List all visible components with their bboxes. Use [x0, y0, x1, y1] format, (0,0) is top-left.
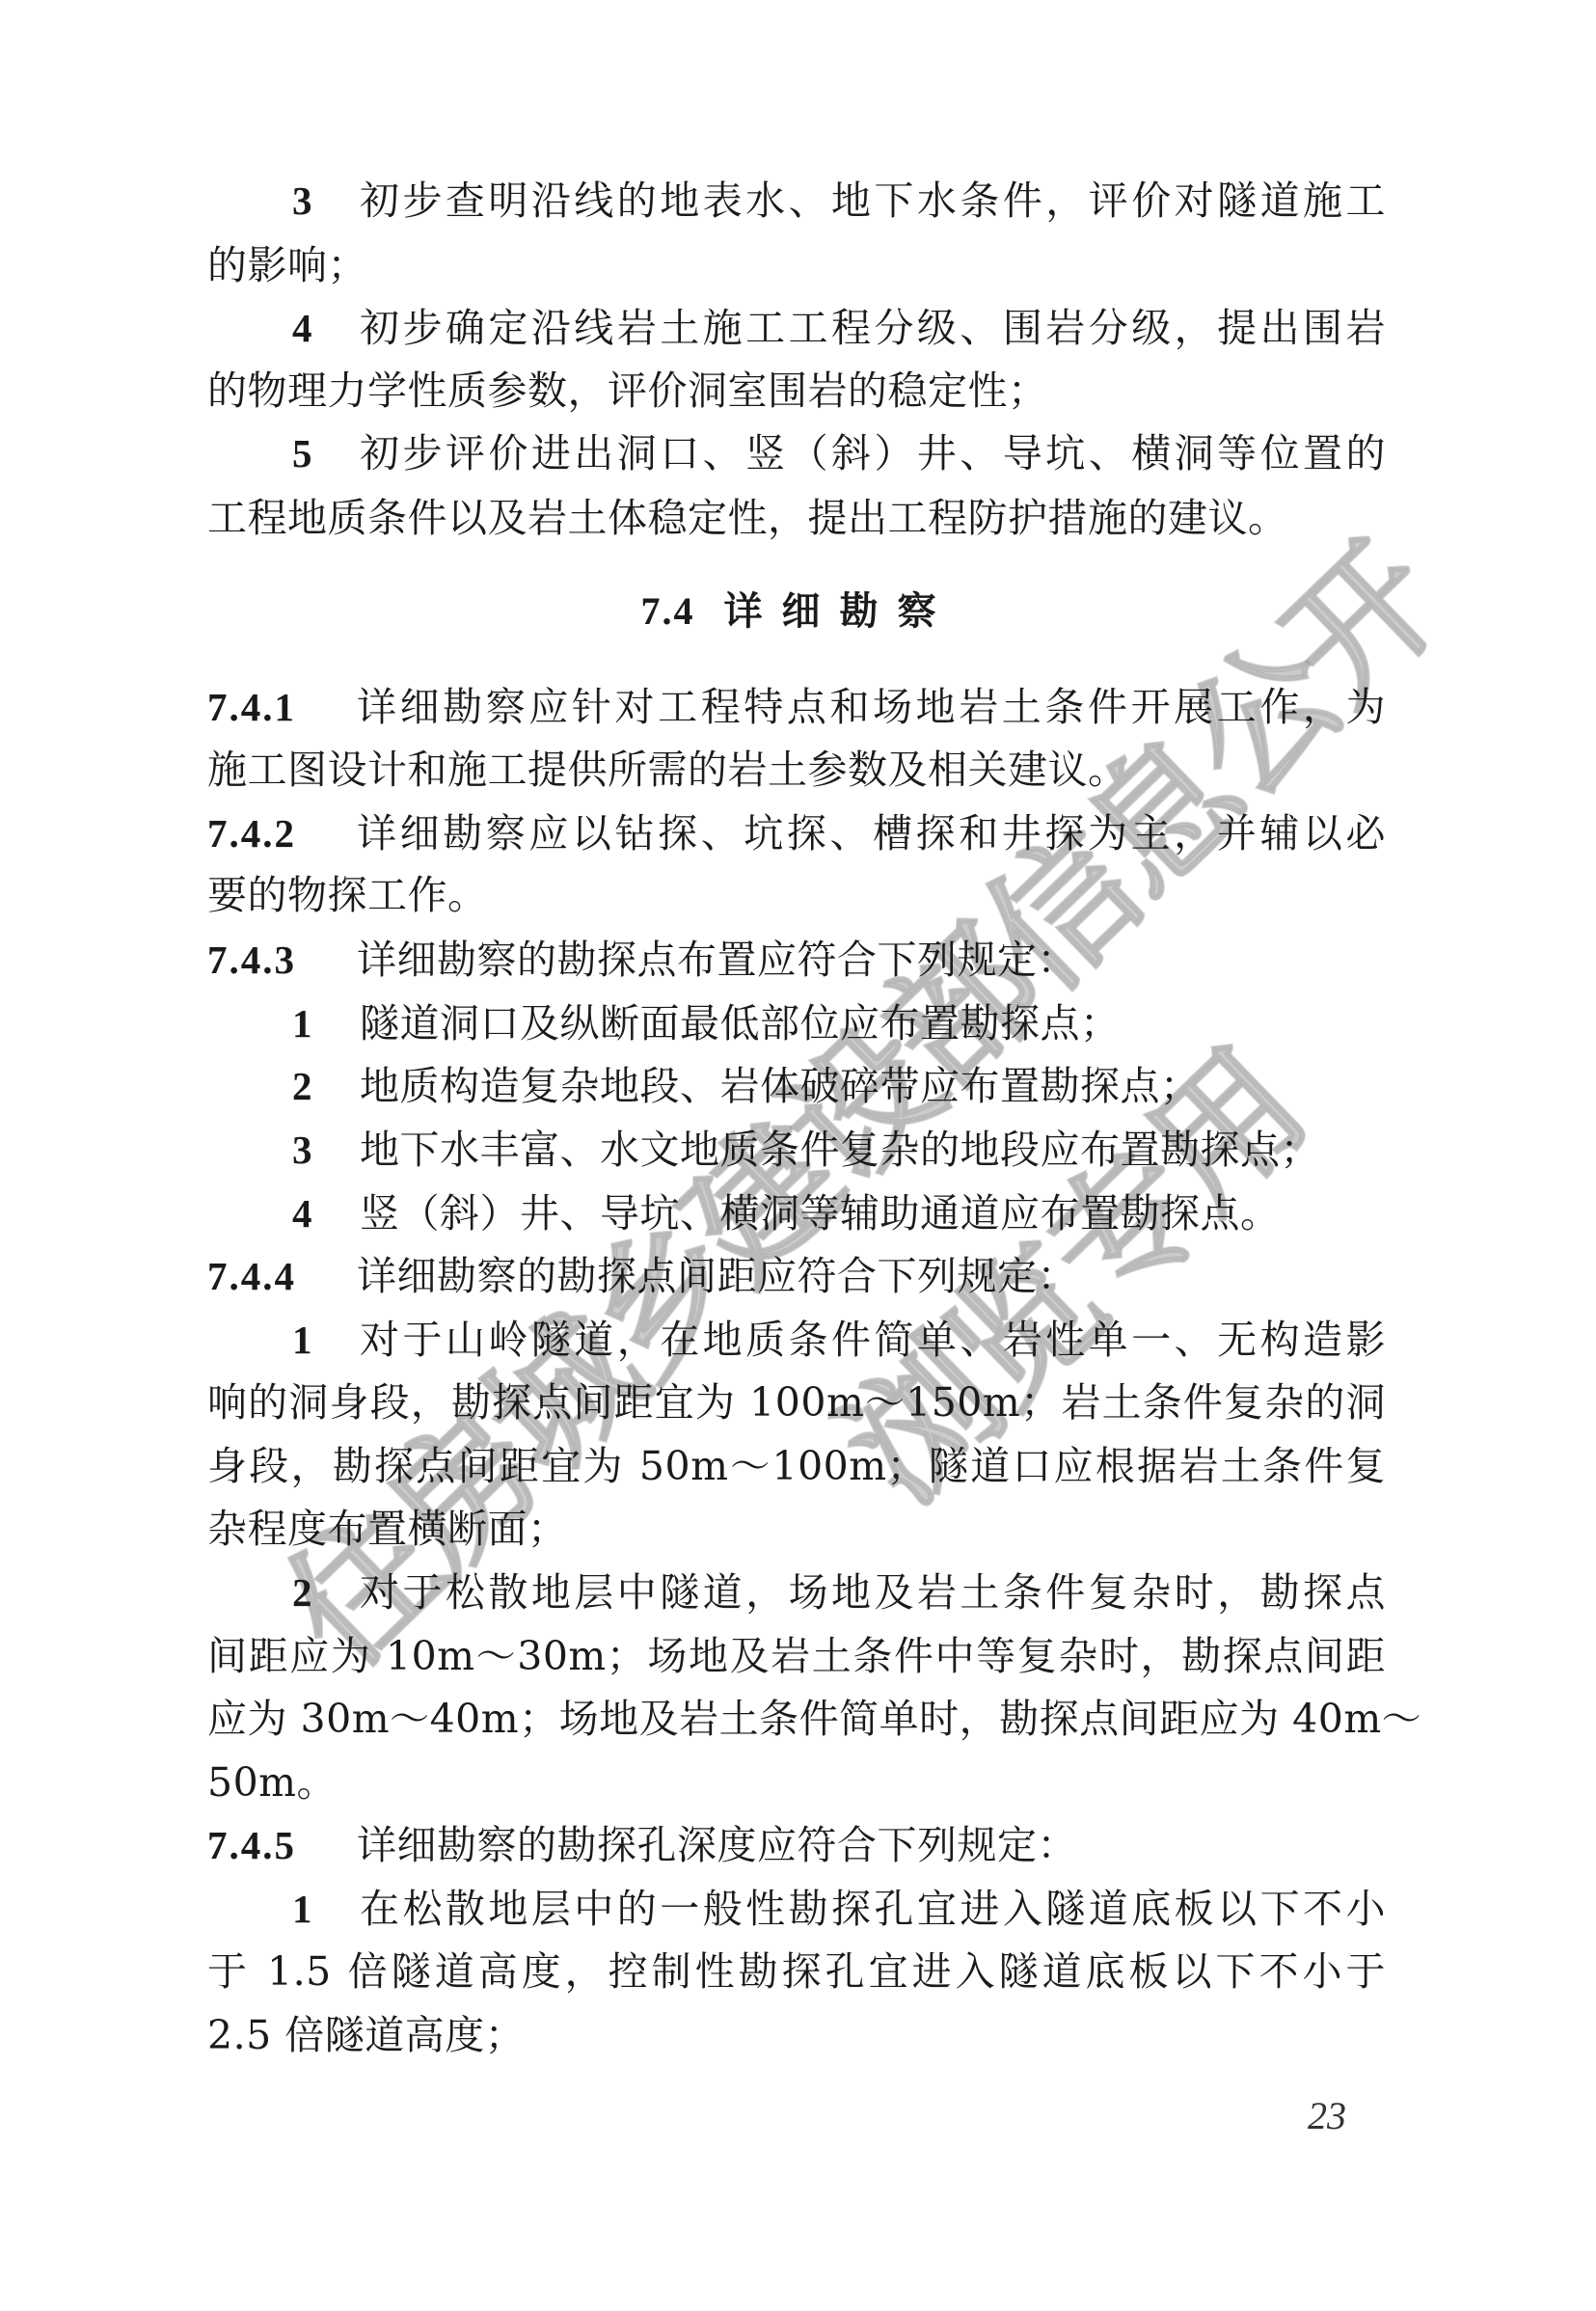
clause-number: 7.4.3: [207, 928, 296, 992]
item-number: 2: [292, 1561, 321, 1624]
item-number: 3: [292, 1118, 321, 1182]
item-text: 工程地质条件以及岩土体稳定性，提出工程防护措施的建议。: [207, 486, 1386, 550]
item-number: 2: [292, 1054, 321, 1118]
list-item-2: 2 对于松散地层中隧道，场地及岩土条件复杂时，勘探点: [207, 1561, 1386, 1624]
item-text: 应为 30m～40m；场地及岩土条件简单时，勘探点间距应为 40m～: [207, 1687, 1386, 1751]
list-item-1: 1 在松散地层中的一般性勘探孔宜进入隧道底板以下不小: [207, 1877, 1386, 1941]
section-heading-number: 7.4: [641, 589, 695, 633]
item-number: 1: [292, 1308, 321, 1372]
section-heading: 7.4详细勘察: [0, 580, 1596, 643]
continuation-line: 的影响；: [207, 233, 1386, 297]
continuation-line: 的物理力学性质参数，评价洞室围岩的稳定性；: [207, 359, 1386, 422]
item-text: 对于松散地层中隧道，场地及岩土条件复杂时，勘探点: [360, 1561, 1386, 1624]
clause-7-4-4: 7.4.4 详细勘察的勘探点间距应符合下列规定：: [207, 1244, 1386, 1308]
item-text: 50m。: [207, 1751, 1386, 1814]
continuation-line: 工程地质条件以及岩土体稳定性，提出工程防护措施的建议。: [207, 486, 1386, 550]
item-text: 在松散地层中的一般性勘探孔宜进入隧道底板以下不小: [360, 1877, 1386, 1941]
item-text: 的影响；: [207, 233, 1386, 297]
clause-7-4-3: 7.4.3 详细勘察的勘探点布置应符合下列规定：: [207, 928, 1386, 992]
item-text: 2.5 倍隧道高度；: [207, 2003, 1386, 2067]
clause-text: 详细勘察的勘探点布置应符合下列规定：: [357, 928, 1386, 992]
clause-7-4-5: 7.4.5 详细勘察的勘探孔深度应符合下列规定：: [207, 1813, 1386, 1877]
list-item-3: 3 初步查明沿线的地表水、地下水条件，评价对隧道施工: [207, 169, 1386, 232]
item-text: 身段，勘探点间距宜为 50m～100m；隧道口应根据岩土条件复: [207, 1434, 1386, 1498]
item-text: 竖（斜）井、导坑、横洞等辅助通道应布置勘探点。: [360, 1182, 1386, 1245]
list-item-3: 3 地下水丰富、水文地质条件复杂的地段应布置勘探点；: [207, 1118, 1386, 1182]
continuation-line: 施工图设计和施工提供所需的岩土参数及相关建议。: [207, 738, 1386, 802]
item-text: 响的洞身段，勘探点间距宜为 100m～150m；岩土条件复杂的洞: [207, 1371, 1386, 1434]
section-heading-title: 详细勘察: [724, 589, 956, 634]
continuation-line: 50m。: [207, 1751, 1386, 1814]
clause-text: 详细勘察应以钻探、坑探、槽探和井探为主，并辅以必: [357, 802, 1386, 865]
clause-text: 详细勘察应针对工程特点和场地岩土条件开展工作，为: [357, 675, 1386, 739]
item-text: 初步查明沿线的地表水、地下水条件，评价对隧道施工: [360, 169, 1386, 232]
item-text: 于 1.5 倍隧道高度，控制性勘探孔宜进入隧道底板以下不小于: [207, 1940, 1386, 2003]
item-text: 初步评价进出洞口、竖（斜）井、导坑、横洞等位置的: [360, 421, 1386, 485]
item-number: 5: [292, 421, 321, 485]
item-text: 地下水丰富、水文地质条件复杂的地段应布置勘探点；: [360, 1118, 1386, 1182]
list-item-4: 4 初步确定沿线岩土施工工程分级、围岩分级，提出围岩: [207, 296, 1386, 360]
item-text: 间距应为 10m～30m；场地及岩土条件中等复杂时，勘探点间距: [207, 1624, 1386, 1688]
continuation-line: 于 1.5 倍隧道高度，控制性勘探孔宜进入隧道底板以下不小于: [207, 1940, 1386, 2003]
clause-number: 7.4.5: [207, 1813, 296, 1877]
page-number: 23: [1308, 2093, 1346, 2138]
clause-number: 7.4.2: [207, 802, 296, 865]
item-number: 4: [292, 1182, 321, 1245]
list-item-4: 4 竖（斜）井、导坑、横洞等辅助通道应布置勘探点。: [207, 1182, 1386, 1245]
continuation-line: 应为 30m～40m；场地及岩土条件简单时，勘探点间距应为 40m～: [207, 1687, 1386, 1751]
list-item-1: 1 对于山岭隧道，在地质条件简单、岩性单一、无构造影: [207, 1308, 1386, 1372]
clause-7-4-1: 7.4.1 详细勘察应针对工程特点和场地岩土条件开展工作，为: [207, 675, 1386, 739]
item-text: 初步确定沿线岩土施工工程分级、围岩分级，提出围岩: [360, 296, 1386, 360]
continuation-line: 要的物探工作。: [207, 863, 1386, 927]
item-text: 对于山岭隧道，在地质条件简单、岩性单一、无构造影: [360, 1308, 1386, 1372]
document-page: 住房城乡建设部信息公开 浏览专用 3 初步查明沿线的地表水、地下水条件，评价对隧…: [0, 0, 1596, 2311]
list-item-1: 1 隧道洞口及纵断面最低部位应布置勘探点；: [207, 992, 1386, 1055]
clause-7-4-2: 7.4.2 详细勘察应以钻探、坑探、槽探和井探为主，并辅以必: [207, 802, 1386, 865]
clause-text: 施工图设计和施工提供所需的岩土参数及相关建议。: [207, 738, 1386, 802]
item-text: 隧道洞口及纵断面最低部位应布置勘探点；: [360, 992, 1386, 1055]
continuation-line: 间距应为 10m～30m；场地及岩土条件中等复杂时，勘探点间距: [207, 1624, 1386, 1688]
clause-number: 7.4.4: [207, 1244, 296, 1308]
clause-text: 详细勘察的勘探点间距应符合下列规定：: [357, 1244, 1386, 1308]
clause-number: 7.4.1: [207, 675, 296, 739]
clause-text: 详细勘察的勘探孔深度应符合下列规定：: [357, 1813, 1386, 1877]
item-number: 4: [292, 296, 321, 360]
item-number: 1: [292, 992, 321, 1055]
item-number: 1: [292, 1877, 321, 1941]
continuation-line: 杂程度布置横断面；: [207, 1497, 1386, 1561]
continuation-line: 身段，勘探点间距宜为 50m～100m；隧道口应根据岩土条件复: [207, 1434, 1386, 1498]
continuation-line: 响的洞身段，勘探点间距宜为 100m～150m；岩土条件复杂的洞: [207, 1371, 1386, 1434]
continuation-line: 2.5 倍隧道高度；: [207, 2003, 1386, 2067]
item-number: 3: [292, 169, 321, 232]
item-text: 杂程度布置横断面；: [207, 1497, 1386, 1561]
list-item-5: 5 初步评价进出洞口、竖（斜）井、导坑、横洞等位置的: [207, 421, 1386, 485]
item-text: 的物理力学性质参数，评价洞室围岩的稳定性；: [207, 359, 1386, 422]
list-item-2: 2 地质构造复杂地段、岩体破碎带应布置勘探点；: [207, 1054, 1386, 1118]
clause-text: 要的物探工作。: [207, 863, 1386, 927]
item-text: 地质构造复杂地段、岩体破碎带应布置勘探点；: [360, 1054, 1386, 1118]
